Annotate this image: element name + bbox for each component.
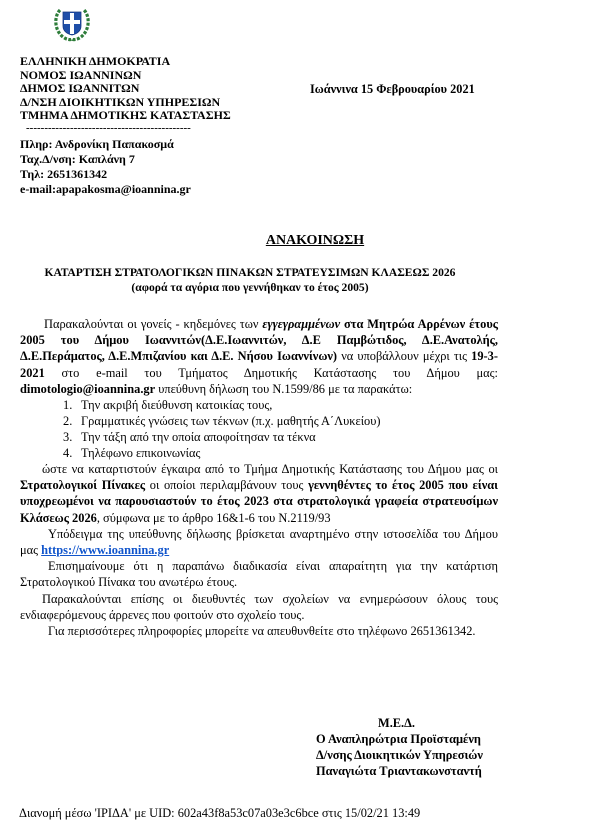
requirements-list: 1.Την ακριβή διεύθυνση κατοικίας τους, 2… — [20, 397, 498, 461]
signature-name: Παναγιώτα Τριαντακωνσταντή — [316, 763, 483, 779]
list-number: 1. — [63, 397, 72, 413]
text-run: στο e-mail του Τμήματος Δημοτικής Κατάστ… — [45, 366, 498, 380]
paragraph-schools: Παρακαλούνται επίσης οι διευθυντές των σ… — [20, 591, 498, 623]
signature-med: Μ.Ε.Δ. — [316, 715, 483, 731]
list-item: 1.Την ακριβή διεύθυνση κατοικίας τους, — [63, 397, 498, 413]
signature-role: Ο Αναπληρώτρια Προϊσταμένη — [316, 731, 483, 747]
list-number: 3. — [63, 429, 72, 445]
list-item: 2.Γραμματικές γνώσεις των τέκνων (π.χ. μ… — [63, 413, 498, 429]
header-line-prefecture: ΝΟΜΟΣ ΙΩΑΝΝΙΝΩΝ — [20, 69, 231, 83]
list-number: 2. — [63, 413, 72, 429]
paragraph-note: Επισημαίνουμε ότι η παραπάνω διαδικασία … — [20, 558, 498, 590]
list-item: 3.Την τάξη από την οποία αποφοίτησαν τα … — [63, 429, 498, 445]
header-line-country: ΕΛΛΗΝΙΚΗ ΔΗΜΟΚΡΑΤΙΑ — [20, 55, 231, 69]
greek-coat-of-arms-icon — [51, 4, 93, 42]
text-run: οι οποίοι περιλαμβάνουν τους — [145, 478, 308, 492]
announcement-heading: ΑΝΑΚΟΙΝΩΣΗ — [236, 233, 364, 248]
subject-subline: (αφορά τα αγόρια που γεννήθηκαν το έτος … — [20, 281, 480, 296]
contact-phone: Τηλ: 2651361342 — [20, 167, 191, 182]
text-run: υπεύθυνη δήλωση του Ν.1599/86 με τα παρα… — [155, 382, 412, 396]
list-item: 4.Τηλέφωνο επικοινωνίας — [63, 445, 498, 461]
text-run: ώστε να καταρτιστούν έγκαιρα από το Τμήμ… — [42, 462, 498, 476]
paragraph-purpose: ώστε να καταρτιστούν έγκαιρα από το Τμήμ… — [20, 461, 498, 526]
distribution-footer: Διανομή μέσω 'ΙΡΙΔΑ' με UID: 602a43f8a53… — [19, 806, 420, 821]
paragraph-request: Παρακαλούνται οι γονείς - κηδεμόνες των … — [20, 316, 498, 397]
list-text: Την τάξη από την οποία αποφοίτησαν τα τέ… — [81, 430, 316, 444]
paragraph-info: Για περισσότερες πληροφορίες μπορείτε να… — [20, 623, 498, 639]
contact-address: Ταχ.Δ/νση: Καπλάνη 7 — [20, 152, 191, 167]
list-text: Τηλέφωνο επικοινωνίας — [81, 446, 200, 460]
contact-block: Πληρ: Ανδρονίκη Παπακοσμά Ταχ.Δ/νση: Καπ… — [20, 137, 191, 197]
list-text: Γραμματικές γνώσεις των τέκνων (π.χ. μαθ… — [81, 414, 381, 428]
announcement-body: Παρακαλούνται οι γονείς - κηδεμόνες των … — [20, 316, 498, 639]
issuer-header: ΕΛΛΗΝΙΚΗ ΔΗΜΟΚΡΑΤΙΑ ΝΟΜΟΣ ΙΩΑΝΝΙΝΩΝ ΔΗΜΟ… — [20, 55, 231, 123]
subject-line: ΚΑΤΑΡΤΙΣΗ ΣΤΡΑΤΟΛΟΓΙΚΩΝ ΠΙΝΑΚΩΝ ΣΤΡΑΤΕΥΣ… — [20, 266, 480, 281]
text-run: Παρακαλούνται οι γονείς - κηδεμόνες των — [44, 317, 262, 331]
contact-person: Πληρ: Ανδρονίκη Παπακοσμά — [20, 137, 191, 152]
contact-email: e-mail:apapakosma@ioannina.gr — [20, 182, 191, 197]
subject-block: ΚΑΤΑΡΤΙΣΗ ΣΤΡΑΤΟΛΟΓΙΚΩΝ ΠΙΝΑΚΩΝ ΣΤΡΑΤΕΥΣ… — [20, 266, 480, 295]
header-separator: ----------------------------------------… — [26, 122, 191, 134]
bold-run: Στρατολογικοί Πίνακες — [20, 478, 145, 492]
header-line-directorate: Δ/ΝΣΗ ΔΙΟΙΚΗΤΙΚΩΝ ΥΠΗΡΕΣΙΩΝ — [20, 96, 231, 110]
list-text: Την ακριβή διεύθυνση κατοικίας τους, — [81, 398, 272, 412]
submission-email: dimotologio@ioannina.gr — [20, 382, 155, 396]
emphasis-run: εγγεγραμμένων — [262, 317, 340, 331]
website-link[interactable]: https://www.ioannina.gr — [41, 543, 169, 557]
text-run: , σύμφωνα με το άρθρο 16&1-6 του Ν.2119/… — [97, 511, 331, 525]
list-number: 4. — [63, 445, 72, 461]
header-line-department: ΤΜΗΜΑ ΔΗΜΟΤΙΚΗΣ ΚΑΤΑΣΤΑΣΗΣ — [20, 109, 231, 123]
document-date: Ιωάννινα 15 Φεβρουαρίου 2021 — [310, 82, 475, 97]
document-title: ΑΝΑΚΟΙΝΩΣΗ — [0, 233, 600, 249]
paragraph-template: Υπόδειγμα της υπεύθυνης δήλωσης βρίσκετα… — [20, 526, 498, 558]
signature-block: Μ.Ε.Δ. Ο Αναπληρώτρια Προϊσταμένη Δ/νσης… — [316, 715, 483, 779]
text-run: να υποβάλλουν μέχρι τις — [337, 349, 471, 363]
header-line-municipality: ΔΗΜΟΣ ΙΩΑΝΝΙΤΩΝ — [20, 82, 231, 96]
signature-dept: Δ/νσης Διοικητικών Υπηρεσιών — [316, 747, 483, 763]
